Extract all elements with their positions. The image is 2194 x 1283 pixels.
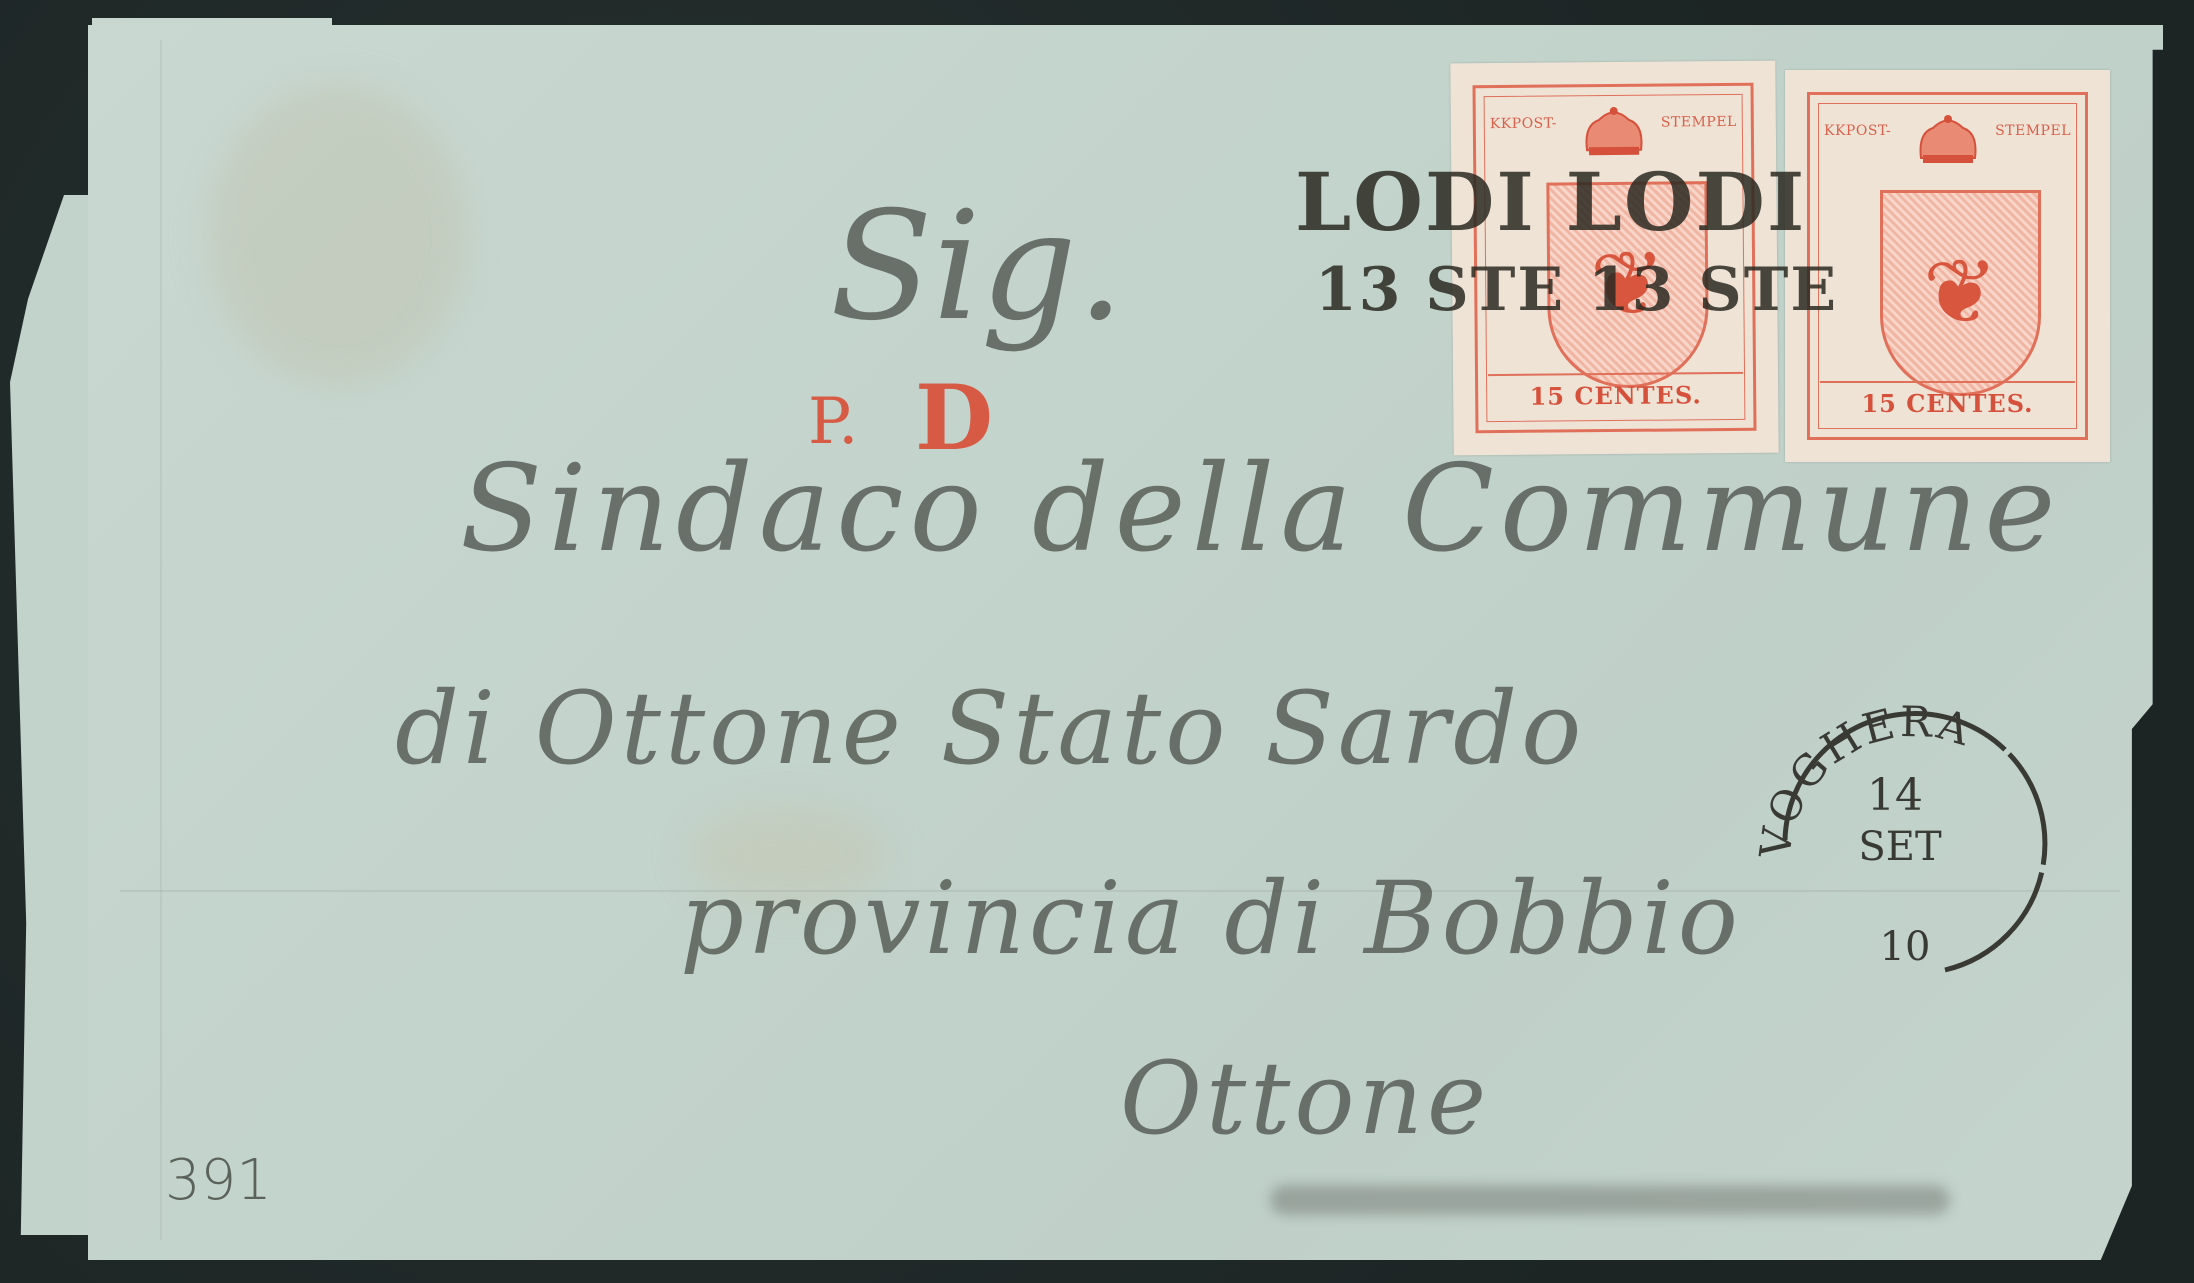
ink-smudge <box>1270 1185 1950 1215</box>
stamp-text-left: KKPOST- <box>1490 115 1557 132</box>
stamp-text-left: KKPOST- <box>1824 123 1891 139</box>
address-recipient: Sindaco della Commune <box>460 440 2061 579</box>
coat-of-arms-shield: ❦ <box>1880 190 2041 396</box>
svg-text:SET: SET <box>1858 824 1942 870</box>
svg-text:10: 10 <box>1880 924 1931 970</box>
crown-icon <box>1578 105 1648 161</box>
lodi-postmark-date: 13 STE 13 STE <box>1315 255 1838 325</box>
stamp-text-right: STEMPEL <box>1661 114 1737 131</box>
eagle-icon: ❦ <box>1923 248 1998 338</box>
address-province: provincia di Bobbio <box>680 860 1742 977</box>
stamp-value: 15 CENTES. <box>1488 372 1743 416</box>
voghera-datestamp: VOGHERA 14 SET 10 <box>1745 670 2075 1000</box>
stamp-text-right: STEMPEL <box>1995 123 2071 139</box>
address-salutation: Sig. <box>830 180 1124 354</box>
pencil-reference-number: 391 <box>165 1148 272 1213</box>
stamp-value: 15 CENTES. <box>1820 381 2075 423</box>
address-town: Ottone <box>1120 1040 1490 1157</box>
svg-text:14: 14 <box>1867 770 1923 821</box>
fold-line <box>160 40 162 1240</box>
crown-icon <box>1913 113 1983 168</box>
address-locality: di Ottone Stato Sardo <box>395 670 1585 787</box>
lodi-postmark-town: LODI LODI <box>1295 155 1806 249</box>
stamp-frame: KKPOST- STEMPEL ❦ 15 CENTES. <box>1807 92 2088 440</box>
stain <box>208 85 468 385</box>
